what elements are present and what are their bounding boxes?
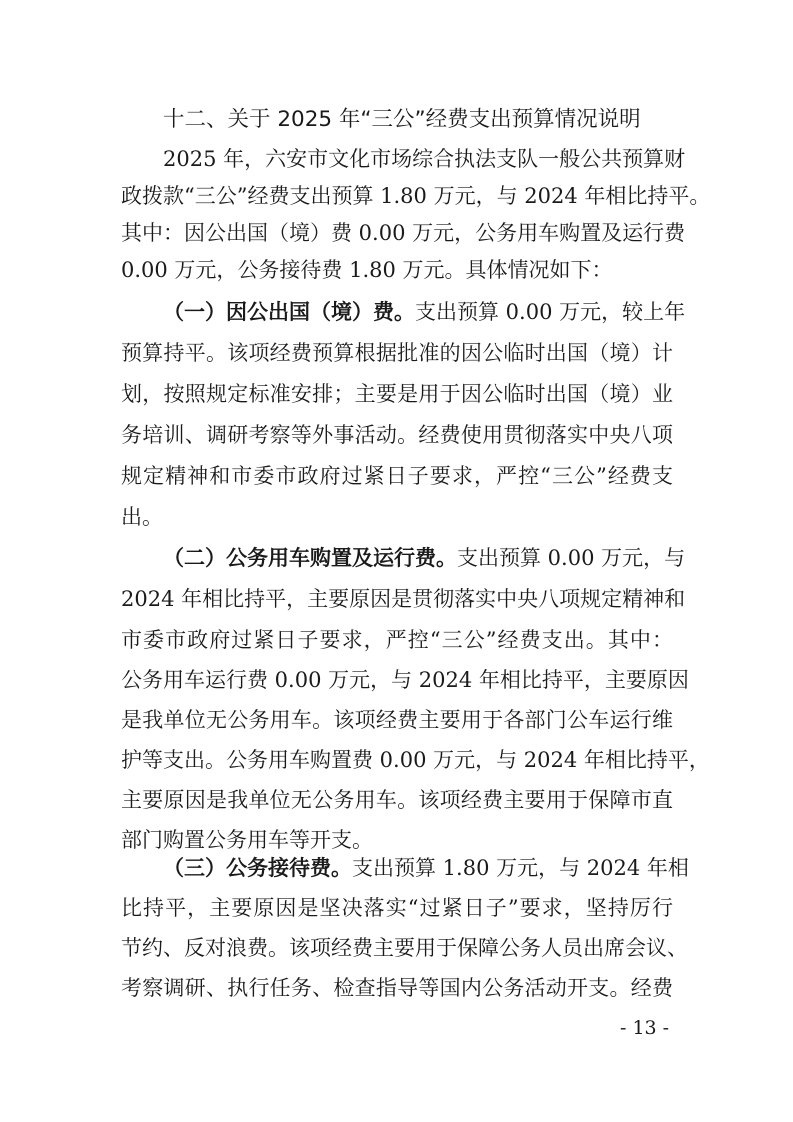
paragraph-line: 比持平，主要原因是坚决落实“过紧日子”要求，坚持厉行 xyxy=(121,895,673,921)
paragraph-line: 预算持平。该项经费预算根据批准的因公临时出国（境）计 xyxy=(121,340,673,366)
paragraph-line: 是我单位无公务用车。该项经费主要用于各部门公车运行维 xyxy=(121,707,673,733)
subsection-heading-line: （一）因公出国（境）费。支出预算 0.00 万元，较上年 xyxy=(163,299,673,325)
page-number: - 13 - xyxy=(620,1017,669,1039)
paragraph-line: 护等支出。公务用车购置费 0.00 万元，与 2024 年相比持平， xyxy=(121,747,673,773)
intro-line: 2025 年，六安市文化市场综合执法支队一般公共预算财 xyxy=(163,146,673,172)
subsection-heading: （三）公务接待费。 xyxy=(163,856,352,880)
subsection-heading: （一）因公出国（境）费。 xyxy=(163,300,415,324)
document-page: 十二、关于 2025 年“三公”经费支出预算情况说明 2025 年，六安市文化市… xyxy=(0,0,793,1122)
intro-line: 其中：因公出国（境）费 0.00 万元，公务用车购置及运行费 xyxy=(121,220,673,246)
subsection-text: 支出预算 1.80 万元，与 2024 年相 xyxy=(352,856,689,880)
intro-line: 0.00 万元，公务接待费 1.80 万元。具体情况如下： xyxy=(121,257,673,283)
paragraph-line: 出。 xyxy=(121,504,673,530)
subsection-heading-line: （二）公务用车购置及运行费。支出预算 0.00 万元，与 xyxy=(163,545,673,571)
intro-line: 政拨款“三公”经费支出预算 1.80 万元，与 2024 年相比持平。 xyxy=(121,183,673,209)
paragraph-line: 市委市政府过紧日子要求，严控“三公”经费支出。其中： xyxy=(121,627,673,653)
subsection-text: 支出预算 0.00 万元，与 xyxy=(457,546,685,570)
subsection-text: 支出预算 0.00 万元，较上年 xyxy=(415,300,685,324)
paragraph-line: 2024 年相比持平，主要原因是贯彻落实中央八项规定精神和 xyxy=(121,586,673,612)
subsection-heading: （二）公务用车购置及运行费。 xyxy=(163,546,457,570)
paragraph-line: 主要原因是我单位无公务用车。该项经费主要用于保障市直 xyxy=(121,787,673,813)
section-title: 十二、关于 2025 年“三公”经费支出预算情况说明 xyxy=(163,106,641,134)
paragraph-line: 划，按照规定标准安排；主要是用于因公临时出国（境）业 xyxy=(121,381,673,407)
subsection-heading-line: （三）公务接待费。支出预算 1.80 万元，与 2024 年相 xyxy=(163,855,673,881)
paragraph-line: 考察调研、执行任务、检查指导等国内公务活动开支。经费 xyxy=(121,975,673,1001)
paragraph-line: 节约、反对浪费。该项经费主要用于保障公务人员出席会议、 xyxy=(121,935,673,961)
paragraph-line: 务培训、调研考察等外事活动。经费使用贯彻落实中央八项 xyxy=(121,422,673,448)
paragraph-line: 规定精神和市委市政府过紧日子要求，严控“三公”经费支 xyxy=(121,463,673,489)
paragraph-line: 部门购置公务用车等开支。 xyxy=(121,827,673,853)
paragraph-line: 公务用车运行费 0.00 万元，与 2024 年相比持平，主要原因 xyxy=(121,667,673,693)
